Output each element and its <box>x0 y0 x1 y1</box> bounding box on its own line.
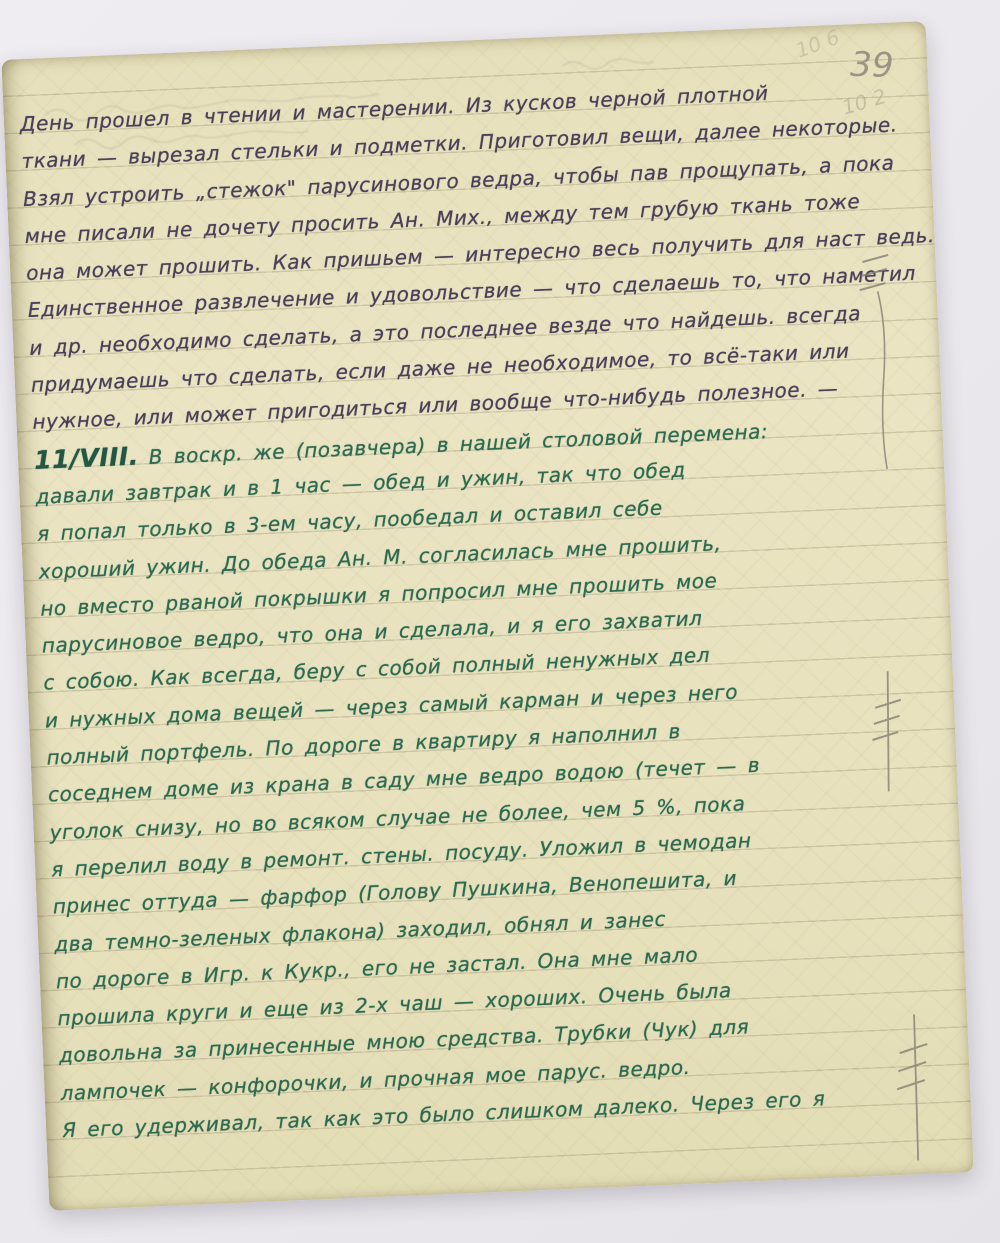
handwritten-text: День прошел в чтении и мастерении. Из ку… <box>19 69 945 1149</box>
photo-backdrop: 39 10 6 10 2 День прошел в чтении и маст… <box>0 0 1000 1243</box>
faint-pencil-mark-upper: 10 6 <box>793 25 843 63</box>
entry-date: 11/VIII. <box>33 441 139 474</box>
manuscript-page: 39 10 6 10 2 День прошел в чтении и маст… <box>1 21 973 1211</box>
